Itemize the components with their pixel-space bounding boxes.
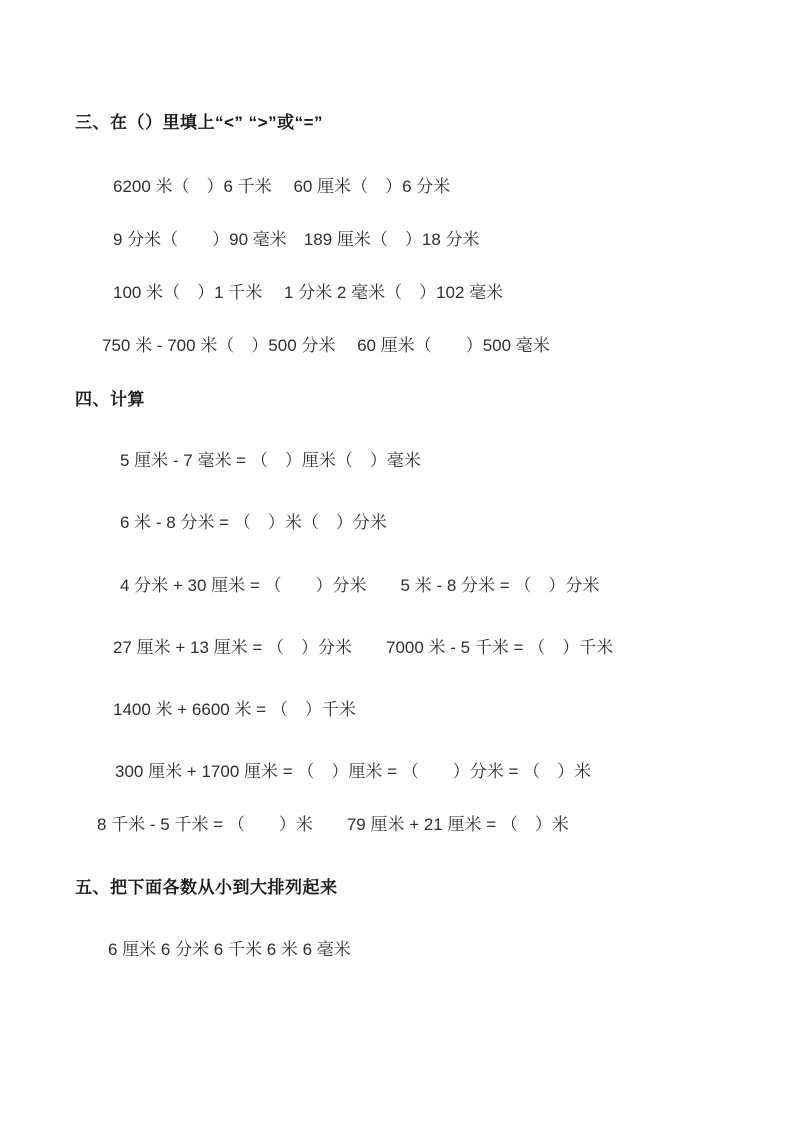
calc-line-6: 300 厘米 + 1700 厘米 = （ ）厘米 = （ ）分米 = （ ）米 [115, 761, 591, 783]
calc-line-3: 4 分米 + 30 厘米 = （ ）分米 5 米 - 8 分米 = （ ）分米 [120, 575, 599, 597]
section-heading-5: 五、把下面各数从小到大排列起来 [75, 877, 338, 899]
compare-line-4: 750 米 - 700 米（ ）500 分米 60 厘米（ ）500 毫米 [102, 335, 550, 357]
calc-line-7: 8 千米 - 5 千米 = （ ）米 79 厘米 + 21 厘米 = （ ）米 [97, 814, 569, 836]
compare-line-2: 9 分米（ ）90 毫米 189 厘米（ ）18 分米 [113, 229, 480, 251]
section-heading-4: 四、计算 [75, 389, 145, 411]
section-heading-3: 三、在（）里填上“<” “>”或“=” [75, 112, 323, 134]
calc-line-4: 27 厘米 + 13 厘米 = （ ）分米 7000 米 - 5 千米 = （ … [113, 637, 613, 659]
compare-line-1: 6200 米（ ）6 千米 60 厘米（ ）6 分米 [113, 176, 450, 198]
calc-line-2: 6 米 - 8 分米 = （ ）米（ ）分米 [120, 512, 387, 534]
calc-line-1: 5 厘米 - 7 毫米 = （ ）厘米（ ）毫米 [120, 450, 421, 472]
worksheet-page: 三、在（）里填上“<” “>”或“=” 6200 米（ ）6 千米 60 厘米（… [0, 0, 793, 1122]
sort-line: 6 厘米 6 分米 6 千米 6 米 6 毫米 [108, 939, 351, 961]
compare-line-3: 100 米（ ）1 千米 1 分米 2 毫米（ ）102 毫米 [113, 282, 503, 304]
calc-line-5: 1400 米 + 6600 米 = （ ）千米 [113, 699, 356, 721]
